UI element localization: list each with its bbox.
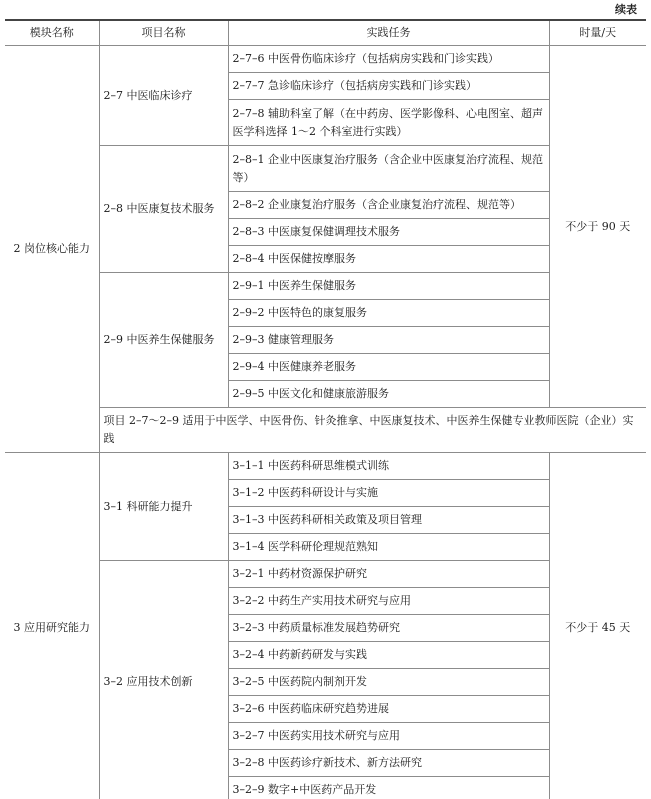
task-cell: 3–2–2 中药生产实用技术研究与应用	[228, 588, 549, 615]
item-cell: 2–9 中医养生保健服务	[99, 273, 228, 408]
days-cell: 不少于 45 天	[549, 453, 646, 799]
note-row: 项目 2–7～2–9 适用于中医学、中医骨伤、针灸推拿、中医康复技术、中医养生保…	[5, 408, 646, 453]
task-cell: 3–2–7 中医药实用技术研究与应用	[228, 723, 549, 750]
task-cell: 2–8–4 中医保健按摩服务	[228, 246, 549, 273]
item-cell: 3–2 应用技术创新	[99, 561, 228, 799]
item-cell: 2–7 中医临床诊疗	[99, 46, 228, 146]
note-cell: 项目 2–7～2–9 适用于中医学、中医骨伤、针灸推拿、中医康复技术、中医养生保…	[99, 408, 646, 453]
task-cell: 2–7–6 中医骨伤临床诊疗（包括病房实践和门诊实践）	[228, 46, 549, 73]
task-cell: 3–2–3 中药质量标准发展趋势研究	[228, 615, 549, 642]
task-cell: 3–1–2 中医药科研设计与实施	[228, 480, 549, 507]
task-cell: 3–2–4 中药新药研发与实践	[228, 642, 549, 669]
table-row: 3 应用研究能力 3–1 科研能力提升 3–1–1 中医药科研思维模式训练 不少…	[5, 453, 646, 480]
task-cell: 3–2–8 中医药诊疗新技术、新方法研究	[228, 750, 549, 777]
table-row: 2 岗位核心能力 2–7 中医临床诊疗 2–7–6 中医骨伤临床诊疗（包括病房实…	[5, 46, 646, 73]
header-task: 实践任务	[228, 20, 549, 46]
task-cell: 2–8–1 企业中医康复治疗服务（含企业中医康复治疗流程、规范等）	[228, 146, 549, 192]
task-cell: 2–8–2 企业康复治疗服务（含企业康复治疗流程、规范等）	[228, 192, 549, 219]
task-cell: 2–9–4 中医健康养老服务	[228, 354, 549, 381]
item-cell: 3–1 科研能力提升	[99, 453, 228, 561]
task-cell: 3–1–3 中医药科研相关政策及项目管理	[228, 507, 549, 534]
task-cell: 2–7–8 辅助科室了解（在中药房、医学影像科、心电图室、超声医学科选择 1～2…	[228, 100, 549, 146]
table-continued-caption: 续表	[615, 1, 637, 17]
task-cell: 3–1–1 中医药科研思维模式训练	[228, 453, 549, 480]
module-cell: 3 应用研究能力	[5, 453, 99, 799]
header-days: 时量/天	[549, 20, 646, 46]
practice-task-table: 模块名称 项目名称 实践任务 时量/天 2 岗位核心能力 2–7 中医临床诊疗 …	[5, 19, 646, 799]
task-cell: 3–2–6 中医药临床研究趋势进展	[228, 696, 549, 723]
task-cell: 3–2–1 中药材资源保护研究	[228, 561, 549, 588]
task-cell: 2–8–3 中医康复保健调理技术服务	[228, 219, 549, 246]
header-row: 模块名称 项目名称 实践任务 时量/天	[5, 20, 646, 46]
module-cell: 2 岗位核心能力	[5, 46, 99, 453]
header-item: 项目名称	[99, 20, 228, 46]
item-cell: 2–8 中医康复技术服务	[99, 146, 228, 273]
task-cell: 3–2–9 数字+中医药产品开发	[228, 777, 549, 799]
task-cell: 2–9–5 中医文化和健康旅游服务	[228, 381, 549, 408]
task-cell: 2–9–1 中医养生保健服务	[228, 273, 549, 300]
header-module: 模块名称	[5, 20, 99, 46]
task-cell: 3–2–5 中医药院内制剂开发	[228, 669, 549, 696]
task-cell: 2–7–7 急诊临床诊疗（包括病房实践和门诊实践）	[228, 73, 549, 100]
task-cell: 2–9–2 中医特色的康复服务	[228, 300, 549, 327]
task-cell: 3–1–4 医学科研伦理规范熟知	[228, 534, 549, 561]
task-cell: 2–9–3 健康管理服务	[228, 327, 549, 354]
days-cell: 不少于 90 天	[549, 46, 646, 408]
